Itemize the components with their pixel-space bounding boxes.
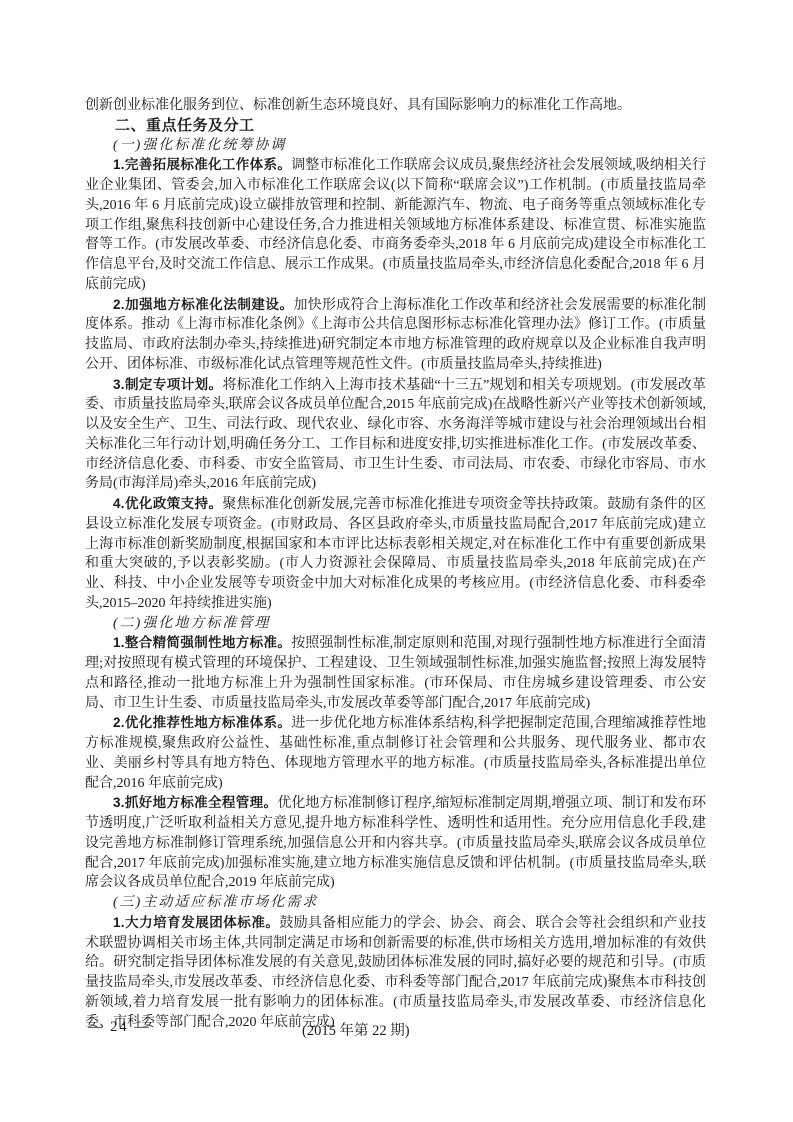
paragraph-task-7: 3.抓好地方标准全程管理。优化地方标准制修订程序,缩短标准制定周期,增强立项、制… xyxy=(85,793,706,893)
task-8-text: 鼓励具备相应能力的学会、协会、商会、联合会等社会组织和产业技术联盟协调相关市场主… xyxy=(85,916,706,1030)
subsection-heading-1: (一)强化标准化统筹协调 xyxy=(85,136,706,156)
task-5-lead: 1.整合精简强制性地方标准。 xyxy=(113,635,291,650)
task-3-lead: 3.制定专项计划。 xyxy=(113,377,222,392)
task-1-text: 调整市标准化工作联席会议成员,聚焦经济社会发展领域,吸纳相关行业企业集团、管委会… xyxy=(85,158,706,292)
task-2-lead: 2.加强地方标准化法制建设。 xyxy=(113,297,293,312)
paragraph-task-1: 1.完善拓展标准化工作体系。调整市标准化工作联席会议成员,聚焦经济社会发展领域,… xyxy=(85,155,706,294)
subsection-heading-3: (三)主动适应标准市场化需求 xyxy=(85,893,706,913)
task-4-lead: 4.优化政策支持。 xyxy=(113,496,222,511)
issue-label: (2015 年第 22 期) xyxy=(302,1019,410,1040)
task-1-lead: 1.完善拓展标准化工作体系。 xyxy=(113,157,291,172)
major-section-heading: 二、重点任务及分工 xyxy=(85,116,706,136)
page-number: — 24 — xyxy=(88,1019,151,1036)
paragraph-task-2: 2.加强地方标准化法制建设。加快形成符合上海标准化工作改革和经济社会发展需要的标… xyxy=(85,295,706,375)
task-7-text: 优化地方标准制修订程序,缩短标准制定周期,增强立项、制订和发布环节透明度,广泛听… xyxy=(85,796,706,890)
task-7-lead: 3.抓好地方标准全程管理。 xyxy=(113,795,277,810)
task-3-text: 将标准化工作纳入上海市技术基础“十三五”规划和相关专项规划。(市发展改革委、市质… xyxy=(85,378,706,492)
task-4-text: 聚焦标准化创新发展,完善市标准化推进专项资金等扶持政策。鼓励有条件的区县设立标准… xyxy=(85,497,706,611)
task-6-lead: 2.优化推荐性地方标准体系。 xyxy=(113,715,291,730)
paragraph-task-8: 1.大力培育发展团体标准。鼓励具备相应能力的学会、协会、商会、联合会等社会组织和… xyxy=(85,913,706,1033)
paragraph-task-6: 2.优化推荐性地方标准体系。进一步优化地方标准体系结构,科学把握制定范围,合理缩… xyxy=(85,713,706,793)
paragraph-task-4: 4.优化政策支持。聚焦标准化创新发展,完善市标准化推进专项资金等扶持政策。鼓励有… xyxy=(85,494,706,614)
subsection-heading-2: (二)强化地方标准管理 xyxy=(85,614,706,634)
paragraph-continuation: 创新创业标准化服务到位、标准创新生态环境良好、具有国际影响力的标准化工作高地。 xyxy=(85,96,706,116)
text-column: 创新创业标准化服务到位、标准创新生态环境良好、具有国际影响力的标准化工作高地。 … xyxy=(85,96,706,1032)
paragraph-task-3: 3.制定专项计划。将标准化工作纳入上海市技术基础“十三五”规划和相关专项规划。(… xyxy=(85,375,706,495)
document-page: 创新创业标准化服务到位、标准创新生态环境良好、具有国际影响力的标准化工作高地。 … xyxy=(0,0,793,1122)
paragraph-task-5: 1.整合精简强制性地方标准。按照强制性标准,制定原则和范围,对现行强制性地方标准… xyxy=(85,633,706,713)
task-8-lead: 1.大力培育发展团体标准。 xyxy=(113,915,279,930)
